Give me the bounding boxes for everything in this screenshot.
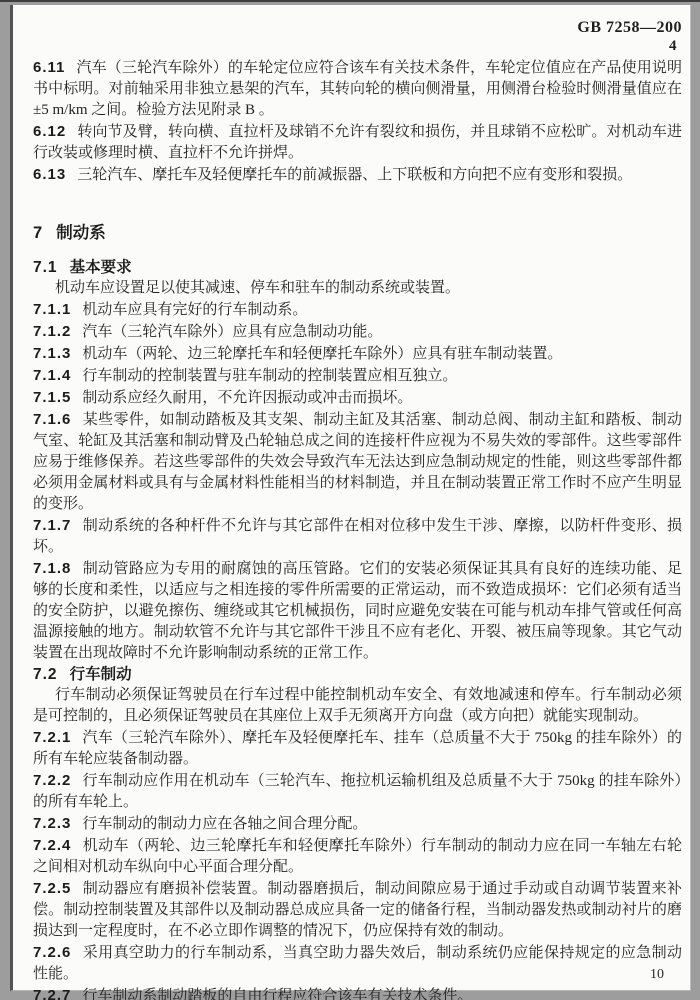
clause-7-2-1: 7.2.1汽车（三轮汽车除外）、摩托车及轻便摩托车、挂车（总质量不大于 750k…	[33, 727, 682, 770]
clause-text: 转向节及臂，转向横、直拉杆及球销不允许有裂纹和损伤，并且球销不应松旷。对机动车进…	[33, 124, 682, 161]
clause-number: 7.1.2	[33, 323, 71, 340]
clause-6-11: 6.11汽车（三轮汽车除外）的车轮定位应符合该车有关技术条件，车轮定位值应在产品…	[33, 57, 682, 121]
screenshot-root: { "header": { "standard_code": "GB 7258—…	[0, 0, 700, 1000]
clause-number: 7.1.5	[33, 389, 71, 406]
clause-number: 7.1.7	[33, 517, 71, 534]
clause-number: 6.13	[33, 166, 66, 183]
standard-code-line2: 4	[577, 37, 682, 56]
clause-number: 7.1.6	[33, 411, 71, 428]
clause-text: 汽车（三轮汽车除外）、摩托车及轻便摩托车、挂车（总质量不大于 750kg 的挂车…	[33, 730, 682, 767]
clause-number: 7.2.1	[33, 729, 71, 746]
clause-number: 7.1.4	[33, 367, 71, 384]
clause-text: 机动车应具有完好的行车制动系。	[82, 302, 307, 318]
clause-text: 行车制动的制动力应在各轴之间合理分配。	[82, 816, 367, 832]
section-title: 行车制动	[70, 666, 132, 683]
clause-7-1-4: 7.1.4行车制动的控制装置与驻车制动的控制装置应相互独立。	[33, 365, 682, 387]
chapter-number: 7	[33, 224, 42, 242]
clause-7-2-4: 7.2.4机动车（两轮、边三轮摩托车和轻便摩托车除外）行车制动的制动力应在同一车…	[33, 835, 682, 878]
clause-number: 7.2.6	[33, 944, 71, 961]
clause-text: 采用真空助力的行车制动系，当真空助力器失效后，制动系统仍应能保持规定的应急制动性…	[33, 945, 682, 982]
clause-number: 7.1.8	[33, 560, 71, 577]
clause-number: 7.1.1	[33, 301, 71, 318]
clause-text: 机动车（两轮、边三轮摩托车和轻便摩托车除外）应具有驻车制动装置。	[82, 346, 562, 362]
document-page: GB 7258—200 4 6.11汽车（三轮汽车除外）的车轮定位应符合该车有关…	[10, 5, 691, 991]
clause-6-13: 6.13三轮汽车、摩托车及轻便摩托车的前减振器、上下联板和方向把不应有变形和裂损…	[33, 164, 682, 186]
clause-number: 7.2.5	[33, 880, 71, 897]
document-body: 6.11汽车（三轮汽车除外）的车轮定位应符合该车有关技术条件，车轮定位值应在产品…	[33, 57, 682, 1000]
clause-text: 三轮汽车、摩托车及轻便摩托车的前减振器、上下联板和方向把不应有变形和裂损。	[77, 167, 632, 183]
clause-text: 某些零件，如制动踏板及其支架、制动主缸及其活塞、制动总阀、制动主缸和踏板、制动气…	[33, 412, 682, 512]
chapter-7-heading: 7制动系	[33, 222, 682, 244]
clause-7-1-6: 7.1.6某些零件，如制动踏板及其支架、制动主缸及其活塞、制动总阀、制动主缸和踏…	[33, 409, 682, 515]
clause-text: 行车制动的控制装置与驻车制动的控制装置应相互独立。	[82, 368, 457, 384]
clause-text: 制动系统的各种杆件不允许与其它部件在相对位移中发生干涉、摩擦，以防杆件变形、损坏…	[33, 518, 682, 555]
clause-text: 机动车（两轮、边三轮摩托车和轻便摩托车除外）行车制动的制动力应在同一车轴左右轮之…	[33, 838, 682, 875]
clause-7-2-5: 7.2.5制动器应有磨损补偿装置。制动器磨损后，制动间隙应易于通过手动或自动调节…	[33, 878, 682, 942]
scan-edge-top	[0, 0, 700, 2]
clause-7-2-2: 7.2.2行车制动应作用在机动车（三轮汽车、拖拉机运输机组及总质量不大于 750…	[33, 770, 682, 813]
clause-7-2-3: 7.2.3行车制动的制动力应在各轴之间合理分配。	[33, 813, 682, 835]
page-number: 10	[650, 967, 664, 983]
clause-7-2-7: 7.2.7行车制动系制动踏板的自由行程应符合该车有关技术条件。	[33, 985, 682, 1000]
section-7-1-heading: 7.1基本要求	[33, 257, 682, 278]
section-title: 基本要求	[70, 259, 132, 276]
clause-text: 制动系应经久耐用，不允许因振动或冲击而损坏。	[82, 390, 412, 406]
section-7-2-heading: 7.2行车制动	[33, 664, 682, 685]
clause-number: 7.2.2	[33, 772, 71, 789]
clause-7-2-6: 7.2.6采用真空助力的行车制动系，当真空助力器失效后，制动系统仍应能保持规定的…	[33, 942, 682, 985]
section-number: 7.2	[33, 666, 58, 683]
clause-text: 汽车（三轮汽车除外）应具有应急制动功能。	[82, 324, 382, 340]
clause-text: 制动器应有磨损补偿装置。制动器磨损后，制动间隙应易于通过手动或自动调节装置来补偿…	[33, 881, 682, 939]
standard-code-line1: GB 7258—200	[577, 18, 682, 37]
clause-text: 制动管路应为专用的耐腐蚀的高压管路。它们的安装必须保证其具有良好的连续功能、足够…	[33, 561, 682, 661]
clause-text: 汽车（三轮汽车除外）的车轮定位应符合该车有关技术条件，车轮定位值应在产品使用说明…	[33, 60, 682, 118]
standard-code-header: GB 7258—200 4	[577, 18, 682, 56]
clause-number: 7.2.3	[33, 815, 71, 832]
section-number: 7.1	[33, 259, 58, 276]
clause-6-12: 6.12转向节及臂，转向横、直拉杆及球销不允许有裂纹和损伤，并且球销不应松旷。对…	[33, 121, 682, 164]
chapter-title: 制动系	[56, 224, 106, 242]
clause-number: 7.2.7	[33, 987, 71, 1000]
clause-text: 行车制动应作用在机动车（三轮汽车、拖拉机运输机组及总质量不大于 750kg 的挂…	[33, 773, 682, 810]
clause-number: 6.12	[33, 123, 66, 140]
clause-number: 7.2.4	[33, 837, 71, 854]
clause-7-1-3: 7.1.3机动车（两轮、边三轮摩托车和轻便摩托车除外）应具有驻车制动装置。	[33, 343, 682, 365]
clause-text: 行车制动系制动踏板的自由行程应符合该车有关技术条件。	[82, 988, 472, 1000]
clause-number: 7.1.3	[33, 345, 71, 362]
clause-number: 6.11	[33, 59, 65, 76]
clause-7-1-1: 7.1.1机动车应具有完好的行车制动系。	[33, 299, 682, 321]
clause-7-1-2: 7.1.2汽车（三轮汽车除外）应具有应急制动功能。	[33, 321, 682, 343]
clause-7-1-5: 7.1.5制动系应经久耐用，不允许因振动或冲击而损坏。	[33, 387, 682, 409]
para-7-2-intro: 行车制动必须保证驾驶员在行车过程中能控制机动车安全、有效地减速和停车。行车制动必…	[33, 685, 682, 727]
para-7-1-intro: 机动车应设置足以使其减速、停车和驻车的制动系统或装置。	[33, 278, 682, 299]
clause-7-1-7: 7.1.7制动系统的各种杆件不允许与其它部件在相对位移中发生干涉、摩擦，以防杆件…	[33, 515, 682, 558]
clause-7-1-8: 7.1.8制动管路应为专用的耐腐蚀的高压管路。它们的安装必须保证其具有良好的连续…	[33, 558, 682, 664]
